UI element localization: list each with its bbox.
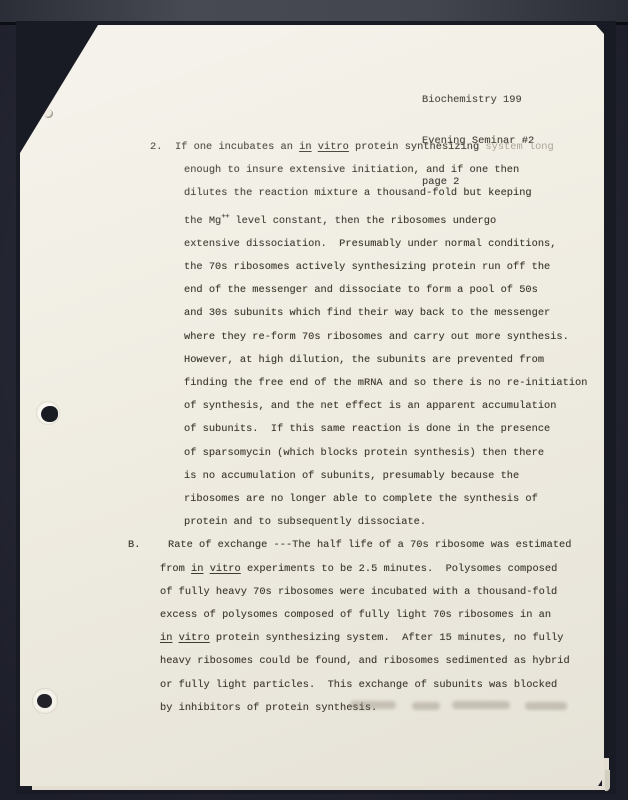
text-line: If one incubates an in vitro protein syn… (175, 136, 604, 159)
text-line: of synthesis, and the net effect is an a… (184, 395, 604, 418)
header-course: Biochemistry 199 (422, 94, 534, 108)
text-segment: protein and to subsequently dissociate. (184, 516, 426, 528)
doc-section: 2.If one incubates an in vitro protein s… (20, 136, 604, 534)
text-segment: extensive dissociation. Presumably under… (184, 238, 556, 250)
text-line: and 30s subunits which find their way ba… (184, 302, 604, 325)
bleed-through-smudge (452, 701, 510, 709)
bleed-through-smudge (350, 701, 396, 709)
text-line: of sparsomycin (which blocks protein syn… (184, 442, 604, 465)
underlying-sheet-edge (32, 786, 606, 790)
text-line: where they re-form 70s ribosomes and car… (184, 326, 604, 349)
text-segment: end of the messenger and dissociate to f… (184, 284, 538, 296)
text-line: extensive dissociation. Presumably under… (184, 233, 604, 256)
list-marker: B. (128, 534, 140, 557)
text-segment: protein synthesizing system. After 15 mi… (210, 632, 564, 644)
text-line: of fully heavy 70s ribosomes were incuba… (160, 581, 604, 604)
text-segment: protein synthesizing (349, 141, 486, 153)
text-segment: from (160, 563, 191, 575)
text-segment: ribosomes are no longer able to complete… (184, 493, 538, 505)
text-segment: by inhibitors of protein synthesis. (160, 702, 377, 714)
text-segment: excess of polysomes composed of fully li… (160, 609, 551, 621)
text-segment: vitro (210, 563, 241, 575)
text-segment: Rate of exchange ---The half life of a 7… (168, 539, 571, 551)
text-line: Rate of exchange ---The half life of a 7… (168, 534, 604, 557)
text-line: is no accumulation of subunits, presumab… (184, 465, 604, 488)
text-segment: in (299, 141, 311, 153)
text-line: of subunits. If this same reaction is do… (184, 418, 604, 441)
text-line: the Mg++ level constant, then the riboso… (184, 206, 604, 233)
text-segment: in (160, 632, 172, 644)
punch-hole-middle (41, 406, 58, 422)
text-segment: vitro (179, 632, 210, 644)
text-segment: level constant, then the ribosomes under… (229, 215, 496, 227)
document-page: Biochemistry 199 Evening Seminar #2 page… (20, 25, 604, 786)
text-segment: of sparsomycin (which blocks protein syn… (184, 447, 544, 459)
scanned-document-photo: Biochemistry 199 Evening Seminar #2 page… (0, 0, 628, 800)
text-segment: the 70s ribosomes actively synthesizing … (184, 261, 550, 273)
text-segment: However, at high dilution, the subunits … (184, 354, 544, 366)
text-segment: the Mg (184, 215, 221, 227)
text-segment: is no accumulation of subunits, presumab… (184, 470, 519, 482)
text-segment: of fully heavy 70s ribosomes were incuba… (160, 586, 557, 598)
doc-body: 2.If one incubates an in vitro protein s… (20, 136, 604, 720)
text-segment: experiments to be 2.5 minutes. Polysomes… (241, 563, 558, 575)
underlying-sheet-corner (605, 770, 610, 791)
text-line: However, at high dilution, the subunits … (184, 349, 604, 372)
text-line: excess of polysomes composed of fully li… (160, 604, 604, 627)
text-line: enough to insure extensive initiation, a… (184, 159, 604, 182)
text-line: heavy ribosomes could be found, and ribo… (160, 650, 604, 673)
text-segment: If one incubates an (175, 141, 299, 153)
bleed-through-smudge (525, 702, 567, 710)
text-segment: enough to insure extensive initiation, a… (184, 164, 519, 176)
text-segment: system long (485, 141, 553, 153)
text-segment: of subunits. If this same reaction is do… (184, 423, 550, 435)
text-segment: dilutes the reaction mixture a thousand-… (184, 187, 532, 199)
text-segment: vitro (318, 141, 349, 153)
punch-hole-bottom (37, 694, 52, 708)
text-line: ribosomes are no longer able to complete… (184, 488, 604, 511)
text-segment: where they re-form 70s ribosomes and car… (184, 331, 569, 343)
text-segment: or fully light particles. This exchange … (160, 679, 557, 691)
text-line: end of the messenger and dissociate to f… (184, 279, 604, 302)
text-segment: in (191, 563, 203, 575)
bleed-through-smudge (412, 702, 440, 710)
text-line: finding the free end of the mRNA and so … (184, 372, 604, 395)
text-segment: of synthesis, and the net effect is an a… (184, 400, 556, 412)
text-line: dilutes the reaction mixture a thousand-… (184, 182, 604, 205)
text-segment: and 30s subunits which find their way ba… (184, 307, 550, 319)
doc-section: B.Rate of exchange ---The half life of a… (20, 534, 604, 720)
text-line: protein and to subsequently dissociate. (184, 511, 604, 534)
text-segment: heavy ribosomes could be found, and ribo… (160, 655, 570, 667)
text-line: or fully light particles. This exchange … (160, 674, 604, 697)
list-marker: 2. (150, 136, 162, 159)
text-line: from in vitro experiments to be 2.5 minu… (160, 558, 604, 581)
text-line: in vitro protein synthesizing system. Af… (160, 627, 604, 650)
text-segment: finding the free end of the mRNA and so … (184, 377, 587, 389)
text-line: the 70s ribosomes actively synthesizing … (184, 256, 604, 279)
